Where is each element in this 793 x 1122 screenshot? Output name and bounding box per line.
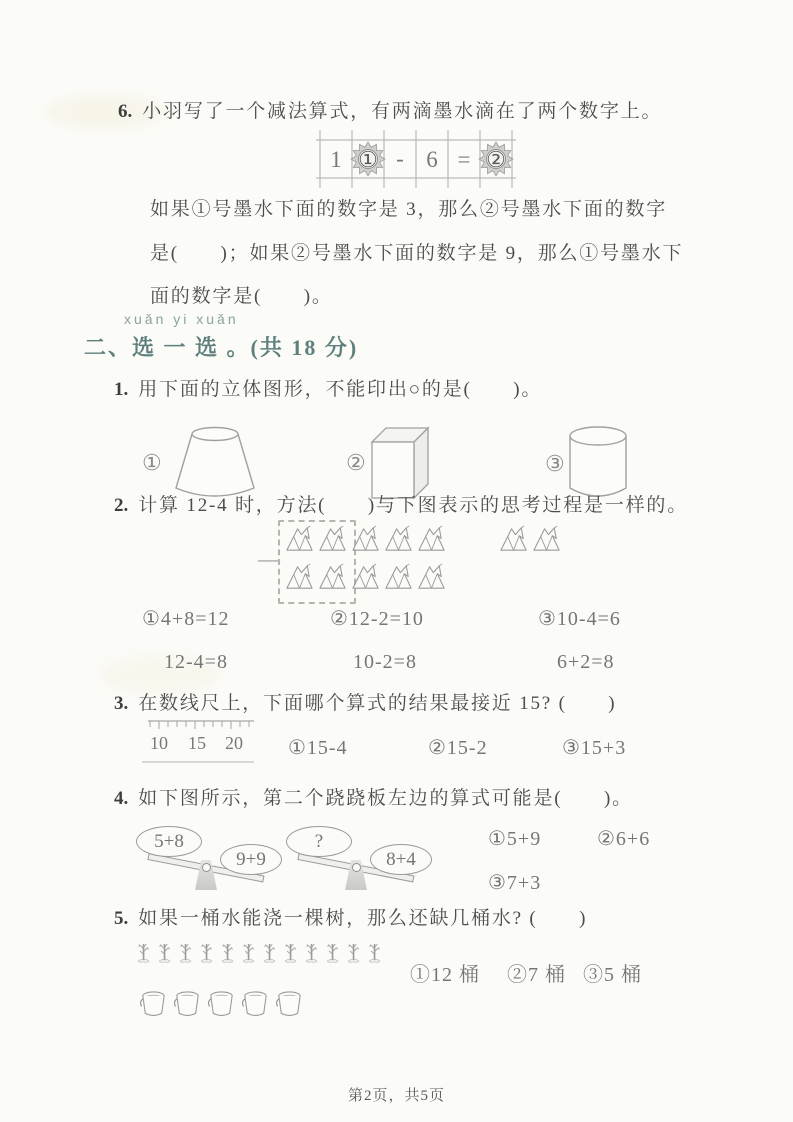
question-1-number: 1. — [114, 379, 128, 400]
tree-icon — [220, 936, 242, 970]
q3-option-3: ③15+3 — [562, 735, 626, 760]
question-4-number: 4. — [114, 788, 128, 809]
q2-option-2: ②12-2=10 — [330, 606, 424, 631]
question-6-line: 6.小羽写了一个减法算式，有两滴墨水滴在了两个数字上。 — [118, 96, 662, 123]
tree-icon — [325, 936, 347, 970]
q5-option-3: ③5 桶 — [583, 958, 642, 987]
q2-option-2-line2: 10-2=8 — [353, 651, 417, 674]
q4-option-3: ③7+3 — [488, 870, 541, 895]
equation-grid: 1 ① - 6 = ② — [316, 128, 520, 195]
crane-icon — [317, 524, 348, 555]
ruler-label-20: 20 — [225, 733, 243, 753]
equation-cell: 1 — [330, 147, 342, 172]
tree-icon — [283, 936, 305, 970]
tree-icon — [262, 936, 284, 970]
q5-option-2: ②7 桶 — [507, 958, 566, 987]
seesaw2-left-bubble: ? — [286, 826, 352, 857]
question-4-text: 如下图所示，第二个跷跷板左边的算式可能是( )。 — [138, 788, 633, 809]
question-6-body-line1: 如果①号墨水下面的数字是 3，那么②号墨水下面的数字 — [150, 194, 667, 221]
seesaw-pivot — [352, 863, 361, 872]
crane-figure: — — [258, 518, 588, 604]
bucket-icon — [138, 990, 169, 1021]
crane-icon — [498, 524, 529, 555]
q2-option-3-line2: 6+2=8 — [557, 651, 615, 674]
q5-option-1: ①12 桶 — [410, 958, 480, 987]
question-2-text: 计算 12-4 时，方法( )与下图表示的思考过程是一样的。 — [138, 495, 688, 516]
page-footer: 第2页，共5页 — [0, 1084, 793, 1105]
crane-icon — [383, 524, 414, 555]
question-1-line: 1.用下面的立体图形，不能印出○的是( )。 — [114, 374, 542, 401]
worksheet-page: 6.小羽写了一个减法算式，有两滴墨水滴在了两个数字上。 1 ① - 6 = ② … — [0, 0, 793, 1122]
equation-cell: - — [396, 146, 404, 171]
ruler-label-10: 10 — [150, 733, 168, 753]
bucket-icon — [206, 990, 237, 1021]
bucket-row — [138, 990, 308, 1021]
q3-option-2: ②15-2 — [428, 735, 488, 760]
crane-icon — [416, 524, 447, 555]
question-6-number: 6. — [118, 101, 132, 122]
tree-icon — [241, 936, 263, 970]
question-6-text: 小羽写了一个减法算式，有两滴墨水滴在了两个数字上。 — [142, 101, 662, 122]
crane-row-top — [284, 524, 449, 555]
tree-icon — [136, 936, 158, 970]
crane-icon — [383, 562, 414, 593]
crane-icon — [284, 524, 315, 555]
crane-icon — [284, 562, 315, 593]
question-5-line: 5.如果一桶水能浇一棵树，那么还缺几桶水? ( ) — [114, 903, 587, 930]
solid-shapes-row: ① ② ③ — [130, 404, 670, 500]
equation-cell-ink-2: ② — [486, 147, 506, 172]
shape-label-3: ③ — [545, 451, 565, 477]
shape-label-2: ② — [346, 450, 366, 476]
q3-option-1: ①15-4 — [288, 735, 348, 760]
crane-icon — [317, 562, 348, 593]
question-6-body-line3: 面的数字是( )。 — [150, 281, 333, 308]
bucket-icon — [172, 990, 203, 1021]
crane-row-bottom — [284, 562, 449, 593]
equation-grid-svg: 1 ① - 6 = ② — [316, 128, 520, 190]
crane-row-extra — [498, 524, 564, 555]
equation-cell-ink-1: ① — [358, 147, 378, 172]
section-title: 二、选 一 选 。(共 18 分) — [84, 331, 358, 362]
tree-icon — [367, 936, 389, 970]
tree-icon — [157, 936, 179, 970]
question-2-line: 2.计算 12-4 时，方法( )与下图表示的思考过程是一样的。 — [114, 490, 688, 517]
tree-row — [136, 936, 388, 970]
number-ruler-svg: 10 15 20 — [142, 716, 260, 770]
question-5-number: 5. — [114, 908, 128, 929]
shape-label-1: ① — [142, 450, 162, 476]
q2-option-1-line2: 12-4=8 — [164, 651, 228, 674]
q2-option-3: ③10-4=6 — [538, 606, 621, 631]
number-ruler: 10 15 20 — [142, 716, 260, 775]
crane-icon — [350, 562, 381, 593]
seesaw-2: ? 8+4 — [286, 820, 521, 905]
question-4-line: 4.如下图所示，第二个跷跷板左边的算式可能是( )。 — [114, 783, 633, 810]
question-6-body-line2: 是( )；如果②号墨水下面的数字是 9，那么①号墨水下 — [150, 238, 683, 265]
seesaw-pivot — [202, 863, 211, 872]
section-pinyin: xuǎn yi xuǎn — [124, 311, 239, 327]
tree-icon — [304, 936, 326, 970]
question-3-text: 在数线尺上，下面哪个算式的结果最接近 15? ( ) — [138, 693, 616, 714]
tree-icon — [199, 936, 221, 970]
seesaw2-right-bubble: 8+4 — [370, 844, 432, 875]
question-1-text: 用下面的立体图形，不能印出○的是( )。 — [138, 379, 542, 400]
equation-cell: 6 — [426, 147, 438, 172]
question-2-number: 2. — [114, 495, 128, 516]
tree-icon — [346, 936, 368, 970]
crane-icon — [531, 524, 562, 555]
bucket-icon — [240, 990, 271, 1021]
seesaw1-left-bubble: 5+8 — [136, 826, 202, 857]
q4-option-2: ②6+6 — [597, 826, 650, 851]
crane-icon — [350, 524, 381, 555]
bucket-icon — [274, 990, 305, 1021]
q4-option-1: ①5+9 — [488, 826, 541, 851]
seesaw1-right-bubble: 9+9 — [220, 844, 282, 875]
question-3-line: 3.在数线尺上，下面哪个算式的结果最接近 15? ( ) — [114, 688, 616, 715]
tree-icon — [178, 936, 200, 970]
question-3-number: 3. — [114, 693, 128, 714]
crane-icon — [416, 562, 447, 593]
q2-option-1: ①4+8=12 — [142, 606, 230, 631]
equation-cell: = — [458, 147, 471, 172]
question-5-text: 如果一桶水能浇一棵树，那么还缺几桶水? ( ) — [138, 908, 587, 929]
ruler-label-15: 15 — [188, 733, 206, 753]
takeaway-minus-sign: — — [258, 546, 280, 572]
